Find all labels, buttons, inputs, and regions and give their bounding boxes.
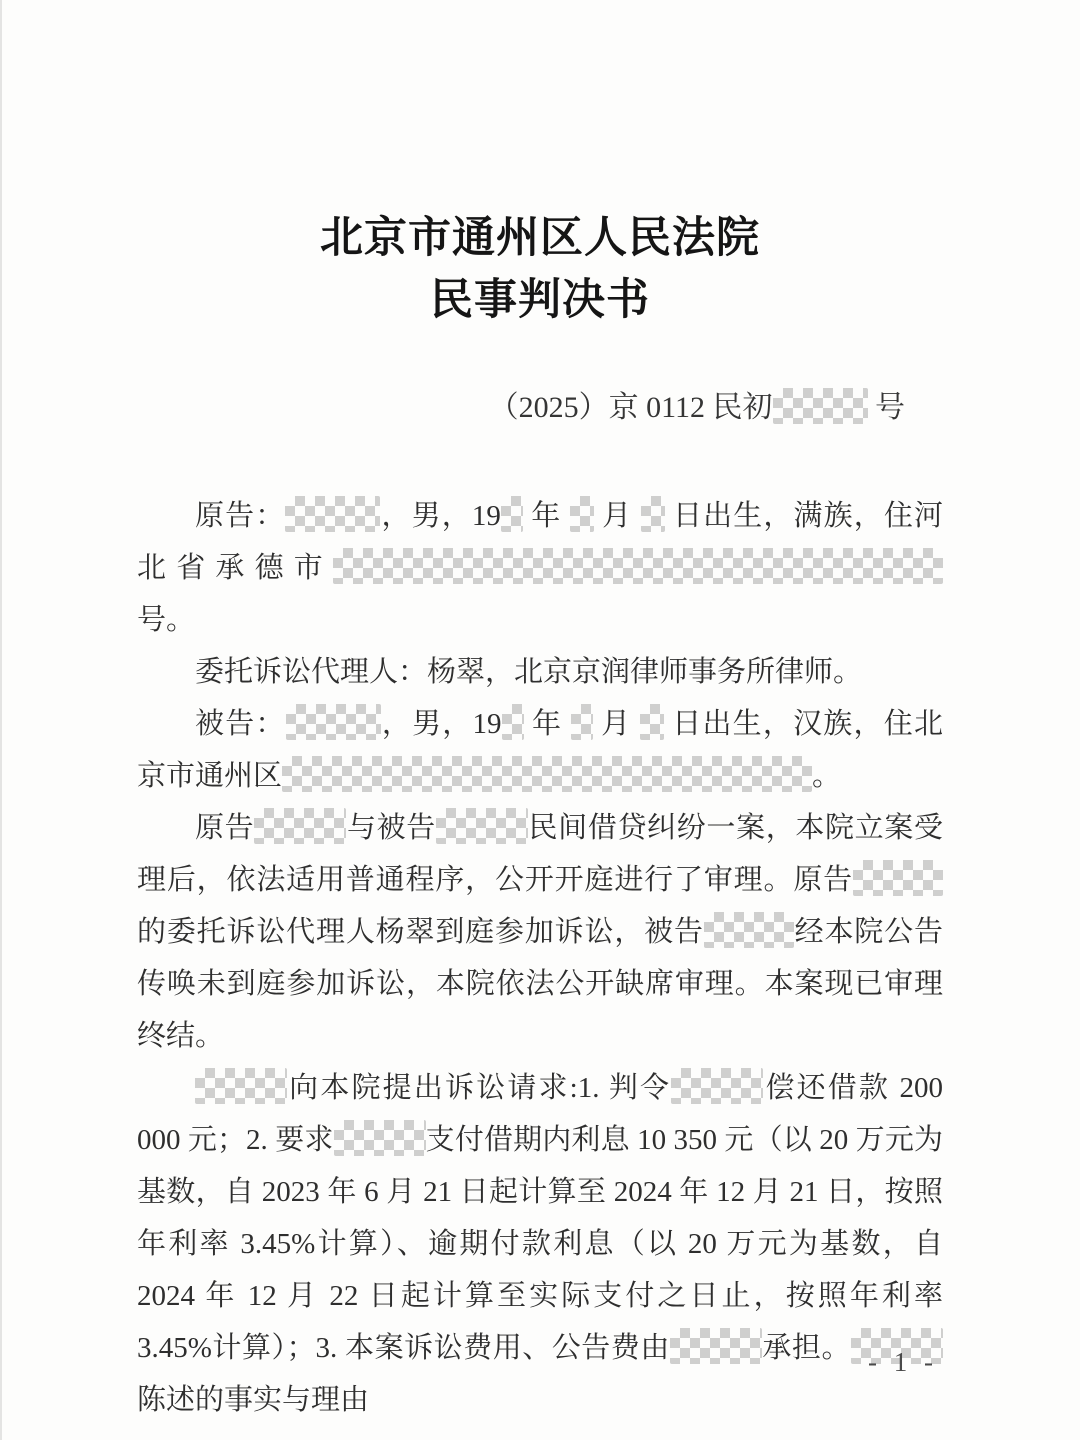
text-segment: 支付借期内利息 10 350 元（以 20 万元为基数，自 2023 年 6 月… <box>137 1124 943 1364</box>
text-segment: 月 <box>594 500 641 532</box>
text-segment: 承担。 <box>762 1332 851 1364</box>
text-segment: 原告： <box>195 500 285 532</box>
text-segment: 委托诉讼代理人：杨翠，北京京润律师事务所律师。 <box>195 656 862 688</box>
claims-paragraph: 向本院提出诉讼请求:1. 判令偿还借款 200 000 元；2. 要求支付借期内… <box>137 1062 943 1426</box>
redacted-text <box>286 704 381 740</box>
text-segment: 与被告 <box>346 812 436 844</box>
text-segment: 号 <box>868 391 906 424</box>
text-segment: 年 <box>524 708 571 740</box>
text-segment: 被告： <box>195 708 286 740</box>
document-title: 北京市通州区人民法院 民事判决书 <box>0 0 1080 332</box>
agent-paragraph: 委托诉讼代理人：杨翠，北京京润律师事务所律师。 <box>137 646 943 698</box>
redacted-text <box>285 496 380 532</box>
redacted-text <box>501 496 523 532</box>
document-type: 民事判决书 <box>0 270 1080 332</box>
plaintiff-paragraph: 原告：，男，19 年 月 日出生，满族，住河北省承德市号。 <box>137 490 943 646</box>
redacted-text <box>641 496 665 532</box>
text-segment: ，男，19 <box>381 708 502 740</box>
redacted-text <box>254 808 346 844</box>
text-segment: 向本院提出诉讼请求:1. 判令 <box>287 1072 671 1104</box>
redacted-text <box>195 1068 287 1104</box>
redacted-text <box>282 756 812 792</box>
court-name: 北京市通州区人民法院 <box>0 208 1080 270</box>
redacted-text <box>671 1068 763 1104</box>
redacted-text <box>640 704 664 740</box>
procedure-paragraph: 原告与被告民间借贷纠纷一案，本院立案受理后，依法适用普通程序，公开开庭进行了审理… <box>137 802 943 1062</box>
document-body: （2025）京 0112 民初 号原告：，男，19 年 月 日出生，满族，住河北… <box>137 382 943 1426</box>
scan-edge-line <box>0 0 2 1440</box>
text-segment: 号。 <box>137 604 195 636</box>
redacted-text <box>773 388 868 424</box>
text-segment: （2025）京 0112 民初 <box>489 391 773 424</box>
text-segment: ，男，19 <box>380 500 501 532</box>
redacted-text <box>502 704 524 740</box>
redacted-text <box>853 860 943 896</box>
page-number: - 1 - <box>868 1347 938 1378</box>
redacted-text <box>571 704 593 740</box>
text-segment: 。 <box>812 760 841 792</box>
redacted-text <box>704 912 794 948</box>
redacted-text <box>670 1328 762 1364</box>
text-segment: 陈述的事实与理由 <box>137 1384 369 1416</box>
text-segment: 原告 <box>195 812 254 844</box>
text-segment: 的委托诉讼代理人杨翠到庭参加诉讼，被告 <box>137 916 704 948</box>
text-segment: 月 <box>593 708 640 740</box>
judgment-document-page: 北京市通州区人民法院 民事判决书 （2025）京 0112 民初 号原告：，男，… <box>0 0 1080 1440</box>
text-segment: 年 <box>523 500 570 532</box>
redacted-text <box>570 496 594 532</box>
case-number-line: （2025）京 0112 民初 号 <box>137 382 943 434</box>
defendant-paragraph: 被告：，男，19 年 月 日出生，汉族，住北京市通州区。 <box>137 698 943 802</box>
redacted-text <box>436 808 528 844</box>
redacted-text <box>334 1120 426 1156</box>
redacted-text <box>333 548 943 584</box>
